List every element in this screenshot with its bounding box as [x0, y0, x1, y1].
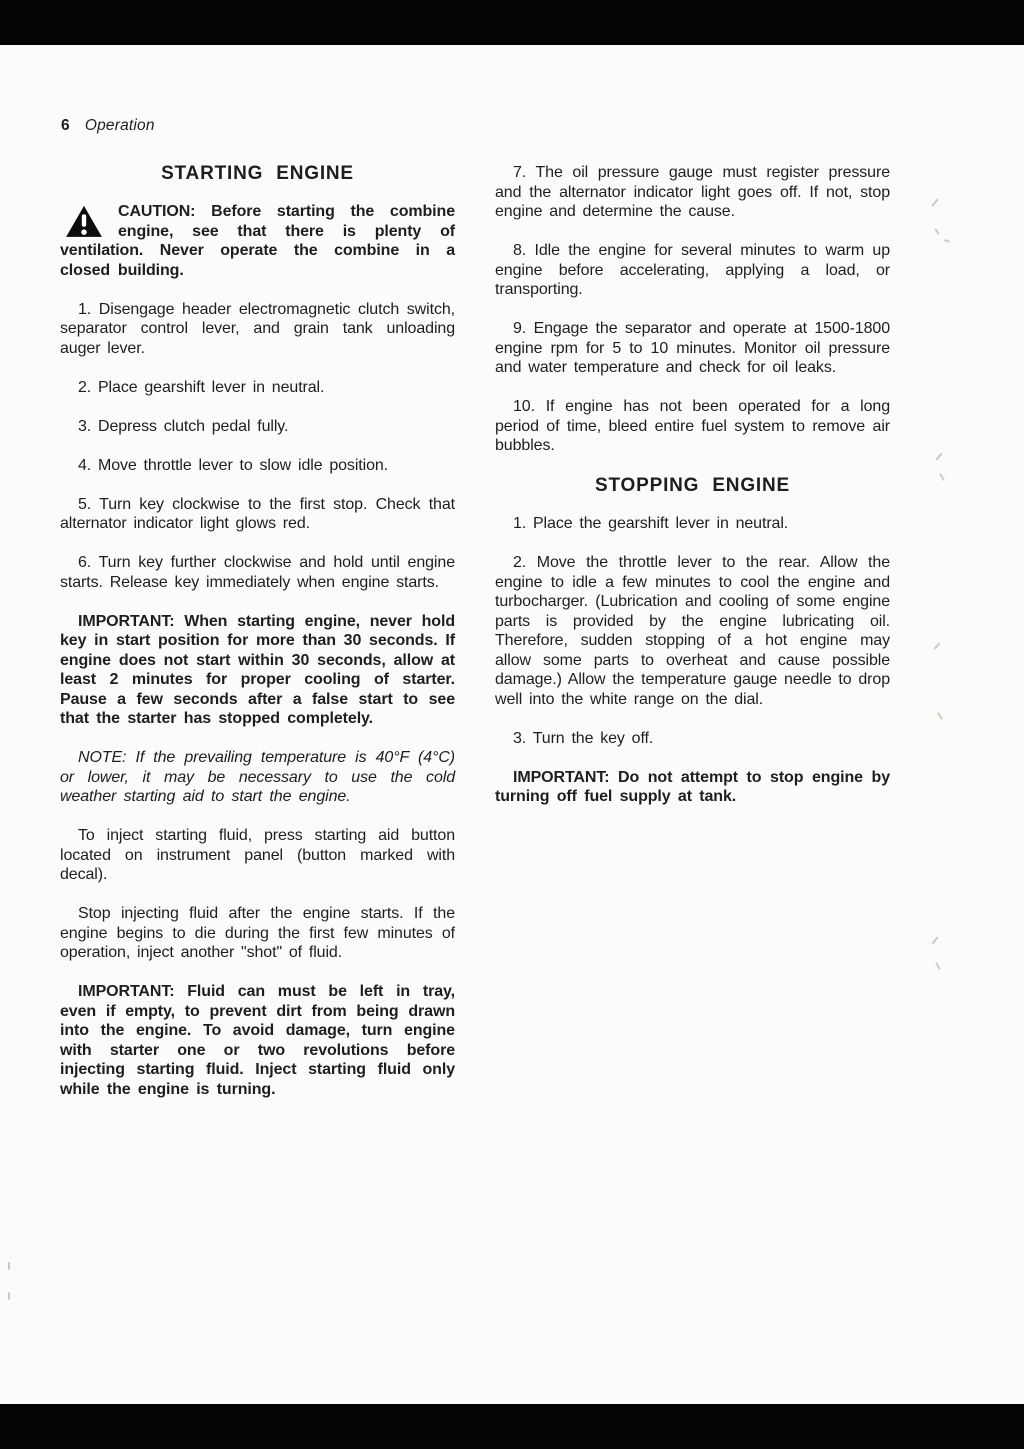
scan-artifact	[934, 642, 941, 649]
note-paragraph: NOTE: If the prevailing temperature is 4…	[60, 748, 455, 807]
scan-artifact	[935, 962, 941, 970]
step-item: 2. Place gearshift lever in neutral.	[60, 378, 455, 398]
scanned-manual-page: 6Operation STARTING ENGINE CAUTION: Befo…	[0, 0, 1024, 1449]
step-item: 10. If engine has not been operated for …	[495, 397, 890, 456]
step-item: 1. Place the gearshift lever in neutral.	[495, 514, 890, 534]
important-paragraph: IMPORTANT: Do not attempt to stop engine…	[495, 768, 890, 807]
scan-artifact	[931, 198, 938, 206]
scan-artifact	[935, 452, 942, 460]
left-column: STARTING ENGINE CAUTION: Before starting…	[60, 152, 455, 1119]
scan-artifact	[931, 936, 938, 944]
step-item: 7. The oil pressure gauge must register …	[495, 163, 890, 222]
scan-artifact	[944, 239, 950, 243]
step-item: 5. Turn key clockwise to the first stop.…	[60, 495, 455, 534]
step-item: 1. Disengage header electromagnetic clut…	[60, 300, 455, 359]
page-header: 6Operation	[61, 117, 155, 135]
step-item: 4. Move throttle lever to slow idle posi…	[60, 456, 455, 476]
step-item: 6. Turn key further clockwise and hold u…	[60, 553, 455, 592]
scan-bar-bottom	[0, 1404, 1024, 1449]
step-item: 3. Turn the key off.	[495, 729, 890, 749]
page-section-title: Operation	[85, 117, 155, 134]
step-item: 2. Move the throttle lever to the rear. …	[495, 553, 890, 709]
important-paragraph: IMPORTANT: Fluid can must be left in tra…	[60, 982, 455, 1099]
caution-text: CAUTION: Before starting the combine eng…	[60, 203, 455, 279]
starting-engine-heading: STARTING ENGINE	[60, 163, 455, 185]
step-item: 3. Depress clutch pedal fully.	[60, 417, 455, 437]
step-item: 9. Engage the separator and operate at 1…	[495, 319, 890, 378]
scan-artifact	[934, 228, 940, 235]
scan-artifact	[8, 1292, 10, 1300]
page-number: 6	[61, 117, 70, 134]
body-paragraph: To inject starting fluid, press starting…	[60, 826, 455, 885]
right-column: 7. The oil pressure gauge must register …	[495, 152, 890, 1119]
scan-artifact	[939, 473, 945, 481]
scan-artifact	[8, 1262, 10, 1270]
warning-triangle-icon	[65, 204, 103, 239]
page-body: STARTING ENGINE CAUTION: Before starting…	[60, 152, 890, 1119]
caution-paragraph: CAUTION: Before starting the combine eng…	[60, 202, 455, 280]
body-paragraph: Stop injecting fluid after the engine st…	[60, 904, 455, 963]
scan-bar-top	[0, 0, 1024, 45]
step-item: 8. Idle the engine for several minutes t…	[495, 241, 890, 300]
important-paragraph: IMPORTANT: When starting engine, never h…	[60, 612, 455, 729]
scan-artifact	[937, 712, 943, 720]
stopping-engine-heading: STOPPING ENGINE	[495, 475, 890, 497]
